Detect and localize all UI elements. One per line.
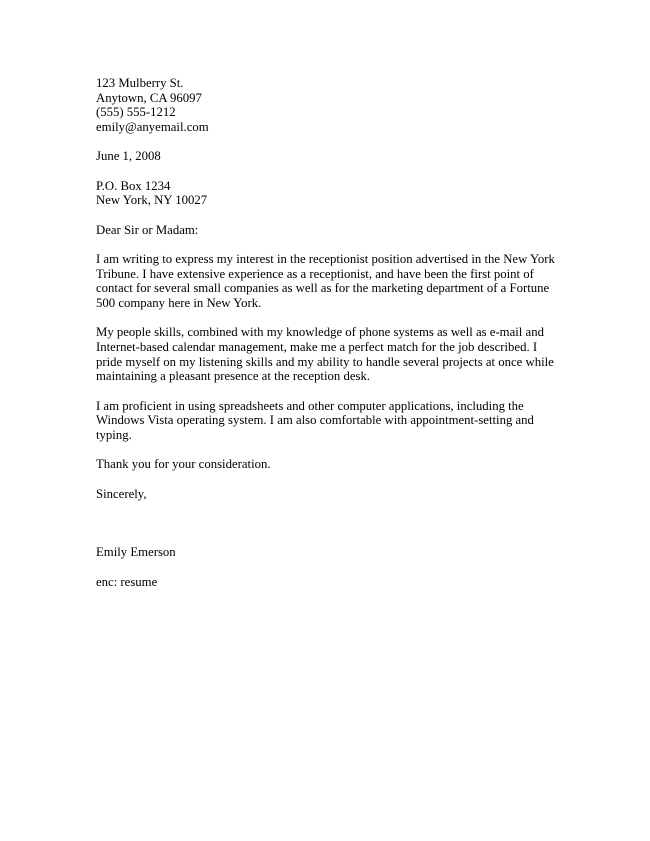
enclosure-line: enc: resume [96, 575, 557, 590]
sender-phone-line: (555) 555-1212 [96, 105, 557, 120]
signature-name-block: Emily Emerson [96, 545, 557, 560]
letter-page: 123 Mulberry St. Anytown, CA 96097 (555)… [0, 0, 650, 841]
salutation-line: Dear Sir or Madam: [96, 223, 557, 238]
closing-line: Thank you for your consideration. [96, 457, 557, 472]
sender-address-block: 123 Mulberry St. Anytown, CA 96097 (555)… [96, 76, 557, 135]
closing-block: Thank you for your consideration. [96, 457, 557, 472]
sender-email-line: emily@anyemail.com [96, 120, 557, 135]
sender-street-line: 123 Mulberry St. [96, 76, 557, 91]
sender-city-line: Anytown, CA 96097 [96, 91, 557, 106]
recipient-address-block: P.O. Box 1234 New York, NY 10027 [96, 179, 557, 208]
signoff-block: Sincerely, [96, 487, 557, 502]
date-block: June 1, 2008 [96, 149, 557, 164]
body-paragraph-2: My people skills, combined with my knowl… [96, 325, 557, 384]
signature-name: Emily Emerson [96, 545, 557, 560]
body-paragraph-3: I am proficient in using spreadsheets an… [96, 399, 557, 443]
cover-letter: 123 Mulberry St. Anytown, CA 96097 (555)… [96, 76, 557, 604]
recipient-po-box-line: P.O. Box 1234 [96, 179, 557, 194]
recipient-city-line: New York, NY 10027 [96, 193, 557, 208]
salutation-block: Dear Sir or Madam: [96, 223, 557, 238]
date-line: June 1, 2008 [96, 149, 557, 164]
body-paragraph-1: I am writing to express my interest in t… [96, 252, 557, 311]
signoff-line: Sincerely, [96, 487, 557, 502]
enclosure-block: enc: resume [96, 575, 557, 590]
